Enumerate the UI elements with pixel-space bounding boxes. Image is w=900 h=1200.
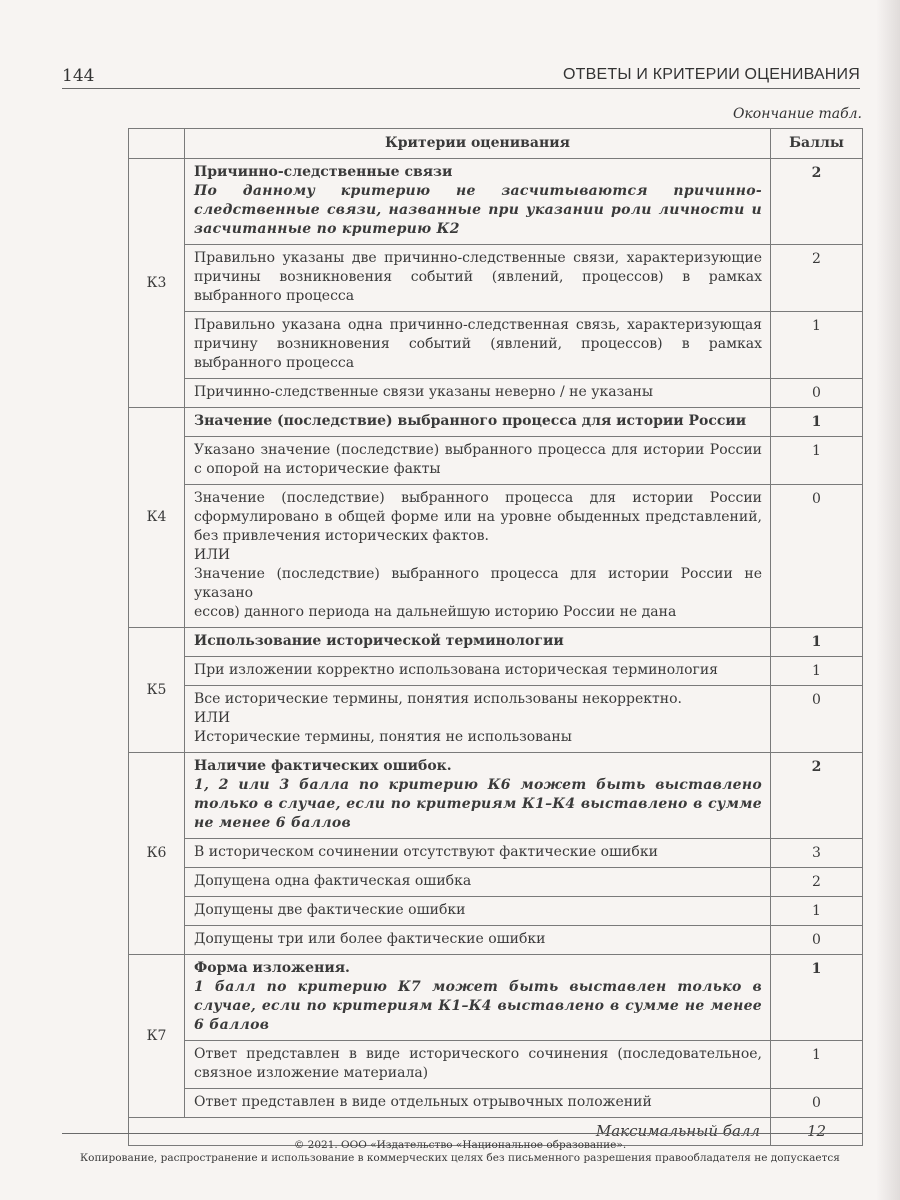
criteria-row: К7Форма изложения.1 балл по критерию К7 … [129, 955, 863, 1041]
criterion-description: Форма изложения.1 балл по критерию К7 мо… [185, 955, 771, 1041]
criterion-note: 1 балл по критерию К7 может быть выставл… [194, 978, 762, 1035]
criterion-points: 0 [771, 686, 863, 753]
criterion-description: В историческом сочинении отсутствуют фак… [185, 839, 771, 868]
criterion-code: К4 [129, 408, 185, 628]
criterion-description: Наличие фактических ошибок.1, 2 или 3 ба… [185, 753, 771, 839]
criterion-text: Указано значение (последствие) выбранног… [194, 441, 762, 479]
criteria-row: Ответ представлен в виде отдельных отрыв… [129, 1089, 863, 1118]
criterion-text: Ответ представлен в виде отдельных отрыв… [194, 1093, 762, 1112]
criterion-points: 0 [771, 379, 863, 408]
criterion-title: Причинно-следственные связи [194, 163, 762, 182]
criterion-points: 3 [771, 839, 863, 868]
criteria-table: Критерии оценивания Баллы К3Причинно-сле… [128, 128, 863, 1146]
criterion-description: Причинно-следственные связиПо данному кр… [185, 159, 771, 245]
criterion-text: Правильно указана одна причинно-следстве… [194, 316, 762, 373]
criterion-text: Допущена одна фактическая ошибка [194, 872, 762, 891]
criterion-text-line: ессов) данного периода на дальнейшую ист… [194, 603, 762, 622]
table-caption: Окончание табл. [733, 106, 862, 122]
criterion-points: 1 [771, 897, 863, 926]
criterion-points: 2 [771, 753, 863, 839]
criterion-title: Использование исторической терминологии [194, 632, 762, 651]
criterion-points: 1 [771, 628, 863, 657]
criteria-row: К6Наличие фактических ошибок.1, 2 или 3 … [129, 753, 863, 839]
page-number: 144 [62, 66, 94, 86]
criterion-description: Значение (последствие) выбранного процес… [185, 408, 771, 437]
criterion-description: Допущена одна фактическая ошибка [185, 868, 771, 897]
criterion-points: 2 [771, 245, 863, 312]
criterion-description: При изложении корректно использована ист… [185, 657, 771, 686]
criteria-row: Значение (последствие) выбранного процес… [129, 485, 863, 628]
header-points: Баллы [771, 129, 863, 159]
criterion-title: Форма изложения. [194, 959, 762, 978]
criterion-code: К7 [129, 955, 185, 1118]
criterion-text: Ответ представлен в виде исторического с… [194, 1045, 762, 1083]
criterion-code: К5 [129, 628, 185, 753]
criterion-description: Ответ представлен в виде отдельных отрыв… [185, 1089, 771, 1118]
header-code [129, 129, 185, 159]
criteria-row: К3Причинно-следственные связиПо данному … [129, 159, 863, 245]
criterion-points: 2 [771, 159, 863, 245]
criteria-row: Указано значение (последствие) выбранног… [129, 437, 863, 485]
criterion-description: Указано значение (последствие) выбранног… [185, 437, 771, 485]
copy-notice: Копирование, распространение и использов… [40, 1152, 880, 1165]
criterion-text: При изложении корректно использована ист… [194, 661, 762, 680]
copyright-line: © 2021. ООО «Издательство «Национальное … [40, 1139, 880, 1152]
criterion-text-line: Все исторические термины, понятия исполь… [194, 690, 762, 709]
criteria-row: К4Значение (последствие) выбранного проц… [129, 408, 863, 437]
criterion-code: К6 [129, 753, 185, 955]
criterion-note: 1, 2 или 3 балла по критерию К6 может бы… [194, 776, 762, 833]
criterion-description: Использование исторической терминологии [185, 628, 771, 657]
criterion-text-line: ИЛИ [194, 546, 762, 565]
criteria-row: В историческом сочинении отсутствуют фак… [129, 839, 863, 868]
criteria-row: Правильно указана одна причинно-следстве… [129, 312, 863, 379]
criterion-description: Правильно указана одна причинно-следстве… [185, 312, 771, 379]
criteria-row: Причинно-следственные связи указаны неве… [129, 379, 863, 408]
criterion-description: Правильно указаны две причинно-следствен… [185, 245, 771, 312]
page-edge-shadow [876, 0, 900, 1200]
criterion-text: В историческом сочинении отсутствуют фак… [194, 843, 762, 862]
criteria-row: Ответ представлен в виде исторического с… [129, 1041, 863, 1089]
criterion-title: Наличие фактических ошибок. [194, 757, 762, 776]
criterion-points: 1 [771, 657, 863, 686]
criteria-row: Правильно указаны две причинно-следствен… [129, 245, 863, 312]
criteria-row: Допущены три или более фактические ошибк… [129, 926, 863, 955]
criterion-points: 0 [771, 485, 863, 628]
criterion-description: Допущены две фактические ошибки [185, 897, 771, 926]
criterion-points: 1 [771, 408, 863, 437]
section-title: ОТВЕТЫ И КРИТЕРИИ ОЦЕНИВАНИЯ [563, 66, 860, 84]
criteria-row: При изложении корректно использована ист… [129, 657, 863, 686]
header-criteria: Критерии оценивания [185, 129, 771, 159]
criteria-row: К5Использование исторической терминологи… [129, 628, 863, 657]
criterion-text: Допущены три или более фактические ошибк… [194, 930, 762, 949]
criterion-note: По данному критерию не засчитываются при… [194, 182, 762, 239]
criterion-description: Все исторические термины, понятия исполь… [185, 686, 771, 753]
criterion-description: Причинно-следственные связи указаны неве… [185, 379, 771, 408]
criterion-points: 1 [771, 955, 863, 1041]
footer: © 2021. ООО «Издательство «Национальное … [40, 1139, 880, 1165]
criterion-text: Правильно указаны две причинно-следствен… [194, 249, 762, 306]
criterion-points: 0 [771, 926, 863, 955]
criterion-text-line: Значение (последствие) выбранного процес… [194, 565, 762, 603]
criterion-text-line: ИЛИ [194, 709, 762, 728]
criterion-text-line: Значение (последствие) выбранного процес… [194, 489, 762, 546]
criterion-description: Ответ представлен в виде исторического с… [185, 1041, 771, 1089]
criterion-text: Причинно-следственные связи указаны неве… [194, 383, 762, 402]
running-head: 144 ОТВЕТЫ И КРИТЕРИИ ОЦЕНИВАНИЯ [62, 66, 860, 89]
criterion-text-line: Исторические термины, понятия не использ… [194, 728, 762, 747]
criterion-description: Значение (последствие) выбранного процес… [185, 485, 771, 628]
criteria-row: Допущена одна фактическая ошибка2 [129, 868, 863, 897]
criterion-points: 0 [771, 1089, 863, 1118]
criterion-code: К3 [129, 159, 185, 408]
criteria-body: К3Причинно-следственные связиПо данному … [129, 159, 863, 1118]
criterion-points: 1 [771, 437, 863, 485]
criterion-description: Допущены три или более фактические ошибк… [185, 926, 771, 955]
criterion-points: 1 [771, 312, 863, 379]
table-header-row: Критерии оценивания Баллы [129, 129, 863, 159]
criteria-row: Допущены две фактические ошибки1 [129, 897, 863, 926]
criteria-row: Все исторические термины, понятия исполь… [129, 686, 863, 753]
criterion-points: 1 [771, 1041, 863, 1089]
criterion-text: Допущены две фактические ошибки [194, 901, 762, 920]
criterion-points: 2 [771, 868, 863, 897]
criterion-title: Значение (последствие) выбранного процес… [194, 412, 762, 431]
footer-divider [62, 1133, 862, 1134]
